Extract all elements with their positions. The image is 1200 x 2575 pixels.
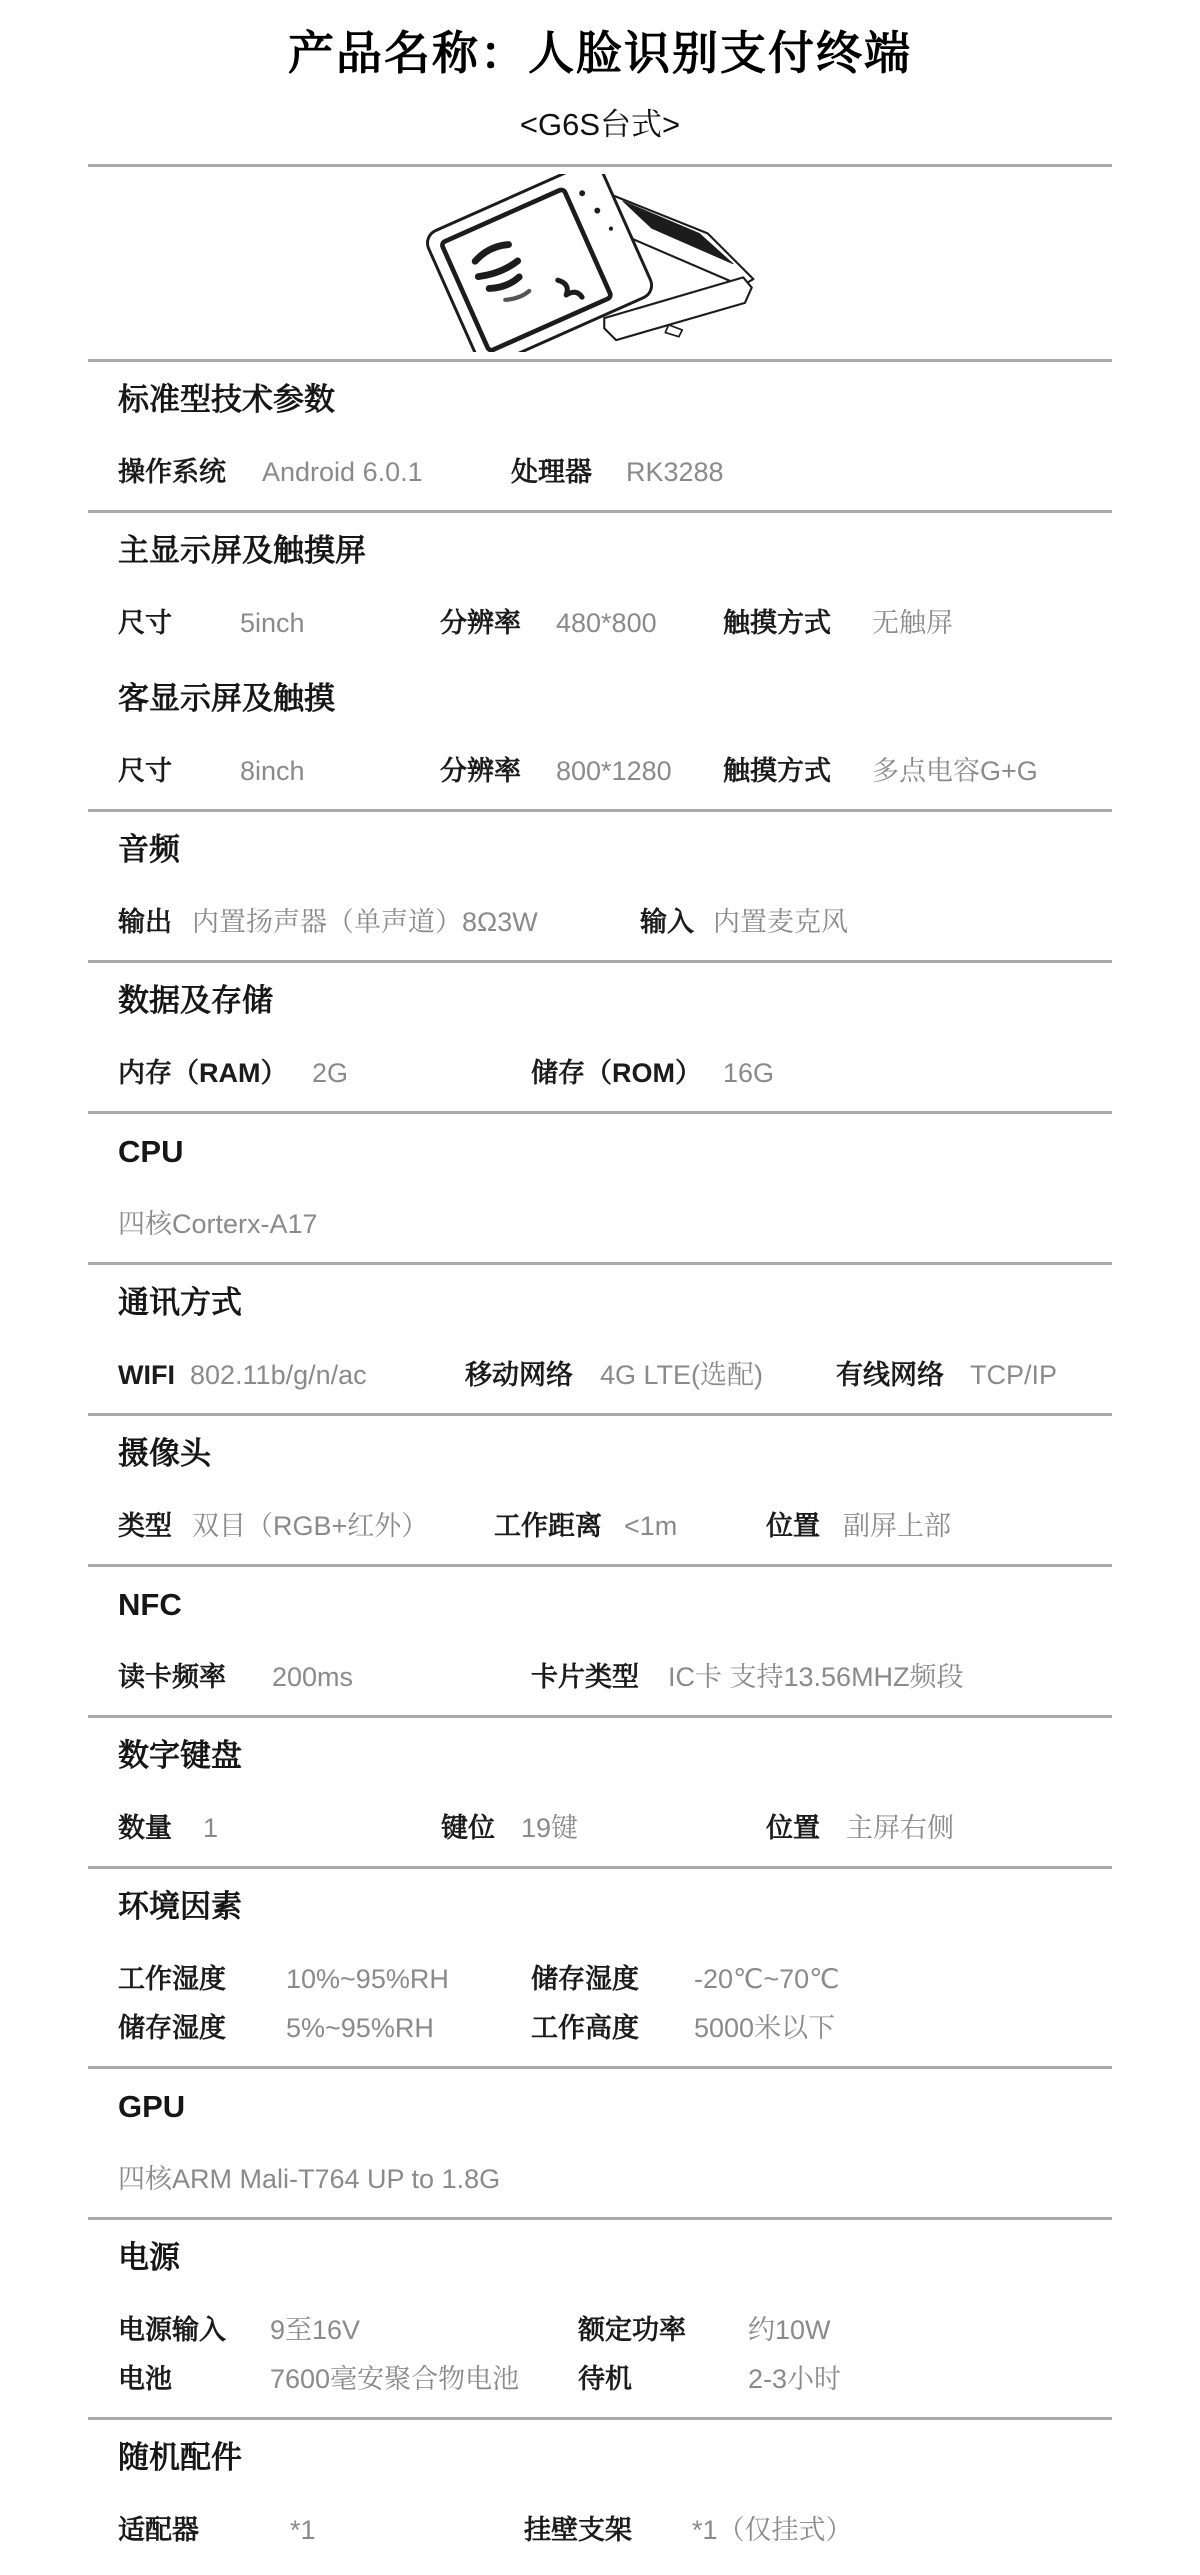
spec-value: 5inch — [240, 605, 305, 641]
payment-terminal-sketch — [400, 174, 800, 352]
spec-value: 双目（RGB+红外） — [192, 1508, 428, 1544]
spec-label: 键位 — [441, 1810, 495, 1846]
spec-value: 2-3小时 — [748, 2361, 841, 2397]
section-nfc: NFC 读卡频率 200ms 卡片类型 IC卡 支持13.56MHZ频段 — [0, 1567, 1200, 1715]
spec-label: 卡片类型 — [531, 1659, 639, 1695]
spec-row-main-display: 尺寸 5inch 分辨率 480*800 触摸方式 无触屏 — [0, 605, 1200, 641]
spec-label: 内存（RAM） — [118, 1055, 288, 1091]
product-figure — [0, 167, 1200, 359]
section-heading: 环境因素 — [118, 1887, 1200, 1927]
section-storage: 数据及存储 内存（RAM） 2G 储存（ROM） 16G — [0, 963, 1200, 1111]
spec-value: 四核ARM Mali-T764 UP to 1.8G — [118, 2161, 500, 2197]
spec-value: 内置麦克风 — [713, 904, 848, 940]
spec-value: 约10W — [748, 2312, 831, 2348]
spec-row-accessories: 适配器 *1 挂壁支架 *1（仅挂式） — [0, 2512, 1200, 2548]
spec-label: 操作系统 — [118, 454, 226, 490]
spec-label: 工作高度 — [531, 2010, 639, 2046]
spec-label: 尺寸 — [118, 753, 172, 789]
spec-label: 有线网络 — [836, 1357, 944, 1393]
spec-value: 10%~95%RH — [286, 1961, 449, 1997]
spec-row-connectivity: WIFI 802.11b/g/n/ac 移动网络 4G LTE(选配) 有线网络… — [0, 1357, 1200, 1393]
spec-label: 尺寸 — [118, 605, 172, 641]
spec-row-power-2: 电池 7600毫安聚合物电池 待机 2-3小时 — [0, 2361, 1200, 2397]
spec-label: 电源输入 — [118, 2312, 226, 2348]
section-heading: GPU — [118, 2087, 1200, 2127]
spec-value: 5%~95%RH — [286, 2010, 434, 2046]
spec-value: 9至16V — [270, 2312, 360, 2348]
spec-label: 待机 — [578, 2361, 632, 2397]
spec-label: 数量 — [118, 1810, 172, 1846]
section-customer-display: 客显示屏及触摸 尺寸 8inch 分辨率 800*1280 触摸方式 多点电容G… — [0, 661, 1200, 809]
spec-value: -20℃~70℃ — [694, 1961, 839, 1997]
spec-label: 读卡频率 — [118, 1659, 226, 1695]
spec-value: 内置扬声器（单声道）8Ω3W — [192, 904, 538, 940]
spec-label: 额定功率 — [578, 2312, 686, 2348]
spec-label: 类型 — [118, 1508, 172, 1544]
model-subtitle: <G6S台式> — [0, 104, 1200, 146]
spec-value: 7600毫安聚合物电池 — [270, 2361, 519, 2397]
spec-label: 触摸方式 — [723, 753, 831, 789]
spec-label: 储存湿度 — [531, 1961, 639, 1997]
section-main-display: 主显示屏及触摸屏 尺寸 5inch 分辨率 480*800 触摸方式 无触屏 — [0, 513, 1200, 661]
spec-label: 储存（ROM） — [531, 1055, 702, 1091]
section-standard-params: 标准型技术参数 操作系统 Android 6.0.1 处理器 RK3288 — [0, 362, 1200, 510]
spec-value: IC卡 支持13.56MHZ频段 — [668, 1659, 964, 1695]
spec-value: 1 — [203, 1810, 218, 1846]
spec-value: 主屏右侧 — [846, 1810, 954, 1846]
spec-label: 挂壁支架 — [524, 2512, 632, 2548]
spec-value: 四核Corterx-A17 — [118, 1206, 318, 1242]
spec-value: TCP/IP — [970, 1357, 1057, 1393]
section-heading: 数字键盘 — [118, 1736, 1200, 1776]
section-heading: 电源 — [118, 2238, 1200, 2278]
spec-value: 800*1280 — [556, 753, 672, 789]
spec-label: 适配器 — [118, 2512, 199, 2548]
spec-value: 多点电容G+G — [872, 753, 1038, 789]
spec-label: 分辨率 — [440, 753, 521, 789]
spec-value: 19键 — [521, 1810, 578, 1846]
spec-value: 802.11b/g/n/ac — [190, 1357, 367, 1393]
page-title: 产品名称：人脸识别支付终端 — [0, 0, 1200, 82]
spec-row-power-1: 电源输入 9至16V 额定功率 约10W — [0, 2312, 1200, 2348]
spec-row-memory: 内存（RAM） 2G 储存（ROM） 16G — [0, 1055, 1200, 1091]
spec-value: 8inch — [240, 753, 305, 789]
spec-label: 触摸方式 — [723, 605, 831, 641]
section-camera: 摄像头 类型 双目（RGB+红外） 工作距离 <1m 位置 副屏上部 — [0, 1416, 1200, 1564]
spec-label: 工作湿度 — [118, 1961, 226, 1997]
section-connectivity: 通讯方式 WIFI 802.11b/g/n/ac 移动网络 4G LTE(选配)… — [0, 1265, 1200, 1413]
spec-label: 储存湿度 — [118, 2010, 226, 2046]
section-keypad: 数字键盘 数量 1 键位 19键 位置 主屏右侧 — [0, 1718, 1200, 1866]
spec-value: <1m — [624, 1508, 677, 1544]
spec-row-audio: 输出 内置扬声器（单声道）8Ω3W 输入 内置麦克风 — [0, 904, 1200, 940]
spec-value: 2G — [312, 1055, 348, 1091]
spec-label: 工作距离 — [494, 1508, 602, 1544]
spec-label: WIFI — [118, 1357, 175, 1393]
spec-value: 无触屏 — [872, 605, 953, 641]
section-cpu: CPU 四核Corterx-A17 — [0, 1114, 1200, 1262]
section-heading: 客显示屏及触摸 — [118, 679, 1200, 719]
section-gpu: GPU 四核ARM Mali-T764 UP to 1.8G — [0, 2069, 1200, 2217]
spec-label: 位置 — [766, 1810, 820, 1846]
spec-sheet-page: 产品名称：人脸识别支付终端 <G6S台式> — [0, 0, 1200, 2575]
spec-row-nfc: 读卡频率 200ms 卡片类型 IC卡 支持13.56MHZ频段 — [0, 1659, 1200, 1695]
section-heading: NFC — [118, 1585, 1200, 1625]
spec-value: 5000米以下 — [694, 2010, 835, 2046]
spec-row-camera: 类型 双目（RGB+红外） 工作距离 <1m 位置 副屏上部 — [0, 1508, 1200, 1544]
spec-label: 位置 — [766, 1508, 820, 1544]
section-heading: CPU — [118, 1132, 1200, 1172]
section-accessories: 随机配件 适配器 *1 挂壁支架 *1（仅挂式） — [0, 2420, 1200, 2568]
spec-label: 输出 — [118, 904, 172, 940]
spec-value: *1（仅挂式） — [692, 2512, 853, 2548]
section-heading: 随机配件 — [118, 2438, 1200, 2478]
spec-label: 电池 — [118, 2361, 172, 2397]
spec-label: 移动网络 — [465, 1357, 573, 1393]
spec-value: 16G — [723, 1055, 774, 1091]
spec-row-gpu: 四核ARM Mali-T764 UP to 1.8G — [0, 2161, 1200, 2197]
section-heading: 主显示屏及触摸屏 — [118, 531, 1200, 571]
spec-label: 分辨率 — [440, 605, 521, 641]
spec-value: RK3288 — [626, 454, 724, 490]
section-power: 电源 电源输入 9至16V 额定功率 约10W 电池 7600毫安聚合物电池 待… — [0, 2220, 1200, 2417]
section-environment: 环境因素 工作湿度 10%~95%RH 储存湿度 -20℃~70℃ 储存湿度 5… — [0, 1869, 1200, 2066]
spec-row-cpu: 四核Corterx-A17 — [0, 1206, 1200, 1242]
spec-value: 4G LTE(选配) — [600, 1357, 763, 1393]
spec-row-environment-2: 储存湿度 5%~95%RH 工作高度 5000米以下 — [0, 2010, 1200, 2046]
spec-row-customer-display: 尺寸 8inch 分辨率 800*1280 触摸方式 多点电容G+G — [0, 753, 1200, 789]
spec-label: 输入 — [640, 904, 694, 940]
section-audio: 音频 输出 内置扬声器（单声道）8Ω3W 输入 内置麦克风 — [0, 812, 1200, 960]
spec-value: *1 — [290, 2512, 316, 2548]
spec-row-keypad: 数量 1 键位 19键 位置 主屏右侧 — [0, 1810, 1200, 1846]
spec-label: 处理器 — [511, 454, 592, 490]
spec-row-environment-1: 工作湿度 10%~95%RH 储存湿度 -20℃~70℃ — [0, 1961, 1200, 1997]
section-heading: 摄像头 — [118, 1434, 1200, 1474]
spec-row-os: 操作系统 Android 6.0.1 处理器 RK3288 — [0, 454, 1200, 490]
section-heading: 数据及存储 — [118, 981, 1200, 1021]
spec-value: 副屏上部 — [843, 1508, 951, 1544]
section-heading: 音频 — [118, 830, 1200, 870]
section-heading: 通讯方式 — [118, 1283, 1200, 1323]
spec-value: 200ms — [272, 1659, 353, 1695]
spec-value: 480*800 — [556, 605, 657, 641]
section-heading: 标准型技术参数 — [118, 380, 1200, 420]
spec-value: Android 6.0.1 — [262, 454, 423, 490]
